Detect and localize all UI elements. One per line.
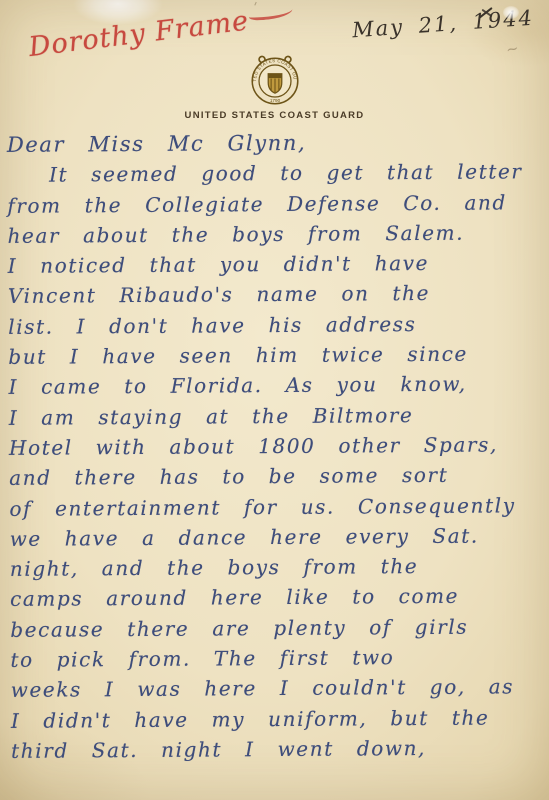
- letterhead-title: UNITED STATES COAST GUARD: [0, 110, 549, 121]
- letter-line: I didn't have my uniform, but the: [11, 702, 549, 736]
- pencil-smudge: ~: [504, 39, 519, 59]
- letter-line: from the Collegiate Defense Co. and: [7, 187, 545, 221]
- letter-line: of entertainment for us. Consequently: [9, 490, 547, 524]
- letter-line: I came to Florida. As you know,: [8, 368, 546, 402]
- glare-spot: [503, 6, 519, 19]
- letter-line: because there are plenty of girls: [10, 611, 548, 645]
- letter-line: It seemed good to get that letter: [7, 156, 545, 190]
- emblem-year: 1790: [270, 98, 281, 103]
- letter-line: camps around here like to come: [10, 581, 548, 615]
- letter-line: Hotel with about 1800 other Spars,: [9, 429, 547, 463]
- letter-line: list. I don't have his address: [8, 308, 546, 342]
- letter-line: hear about the boys from Salem.: [7, 217, 545, 251]
- letter-line: I noticed that you didn't have: [8, 247, 546, 281]
- letter-body: Dear Miss Mc Glynn, It seemed good to ge…: [7, 126, 549, 766]
- letter-line: and there has to be some sort: [9, 459, 547, 493]
- annotation-name-text: Dorothy Frame: [27, 5, 251, 63]
- letter-line: but I have seen him twice since: [8, 338, 546, 372]
- letter-line: to pick from. The first two: [10, 641, 548, 675]
- letter-lines: It seemed good to get that letterfrom th…: [7, 156, 549, 766]
- letter-line: we have a dance here every Sat.: [10, 520, 548, 554]
- letter-greeting: Dear Miss Mc Glynn,: [7, 126, 545, 160]
- uscg-emblem-icon: UNITED STATES COAST GUARD 1790: [229, 50, 321, 112]
- letter-line: night, and the boys from the: [10, 550, 548, 584]
- letter-line: Vincent Ribaudo's name on the: [8, 278, 546, 312]
- letter-line: weeks I was here I couldn't go, as: [11, 671, 549, 705]
- letter-line: I am staying at the Biltmore: [9, 399, 547, 433]
- letter-line: third Sat. night I went down,: [11, 732, 549, 766]
- letter-page: Dorothy Frame May 21, 1944: [0, 0, 549, 800]
